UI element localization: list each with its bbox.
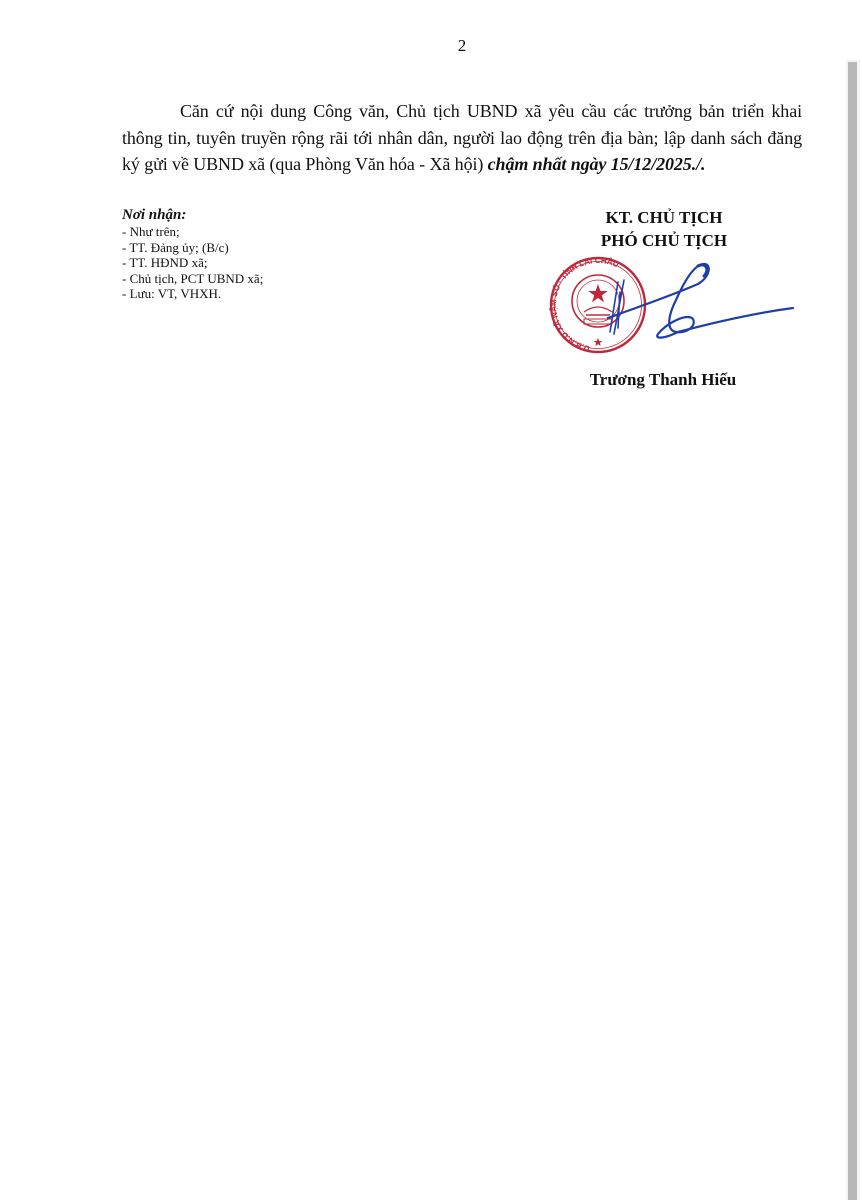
recipients-list: - Như trên; - TT. Đảng ủy; (B/c) - TT. H… — [122, 224, 382, 302]
recipient-item: - Như trên; — [122, 224, 382, 240]
signature-title-line1: KT. CHỦ TỊCH — [530, 206, 798, 229]
recipients-title: Nơi nhận: — [122, 207, 382, 224]
recipient-item: - Lưu: VT, VHXH. — [122, 286, 382, 302]
signature-title-line2: PHÓ CHỦ TỊCH — [530, 229, 798, 252]
recipient-item: - TT. Đảng ủy; (B/c) — [122, 240, 382, 256]
recipients-block: Nơi nhận: - Như trên; - TT. Đảng ủy; (B/… — [122, 207, 382, 302]
page-number: 2 — [0, 36, 862, 56]
stamp-and-signature: U.B.N.D XÃ NẬM SỐ · TỈNH LAI CHÂU — [548, 252, 798, 362]
recipient-item: - TT. HĐND xã; — [122, 255, 382, 271]
recipient-item: - Chủ tịch, PCT UBND xã; — [122, 271, 382, 287]
scrollbar-thumb[interactable] — [848, 62, 857, 1200]
signature-title-block: KT. CHỦ TỊCH PHÓ CHỦ TỊCH — [530, 206, 798, 252]
vertical-scrollbar[interactable] — [846, 60, 860, 1200]
deadline-text: chậm nhất ngày 15/12/2025./. — [488, 154, 706, 174]
official-stamp-icon: U.B.N.D XÃ NẬM SỐ · TỈNH LAI CHÂU — [549, 256, 645, 353]
body-paragraph: Căn cứ nội dung Công văn, Chủ tịch UBND … — [122, 98, 802, 178]
svg-text:U.B.N.D XÃ NẬM SỐ · TỈNH LAI C: U.B.N.D XÃ NẬM SỐ · TỈNH LAI CHÂU — [549, 256, 620, 353]
signer-name: Trương Thanh Hiếu — [530, 370, 796, 390]
